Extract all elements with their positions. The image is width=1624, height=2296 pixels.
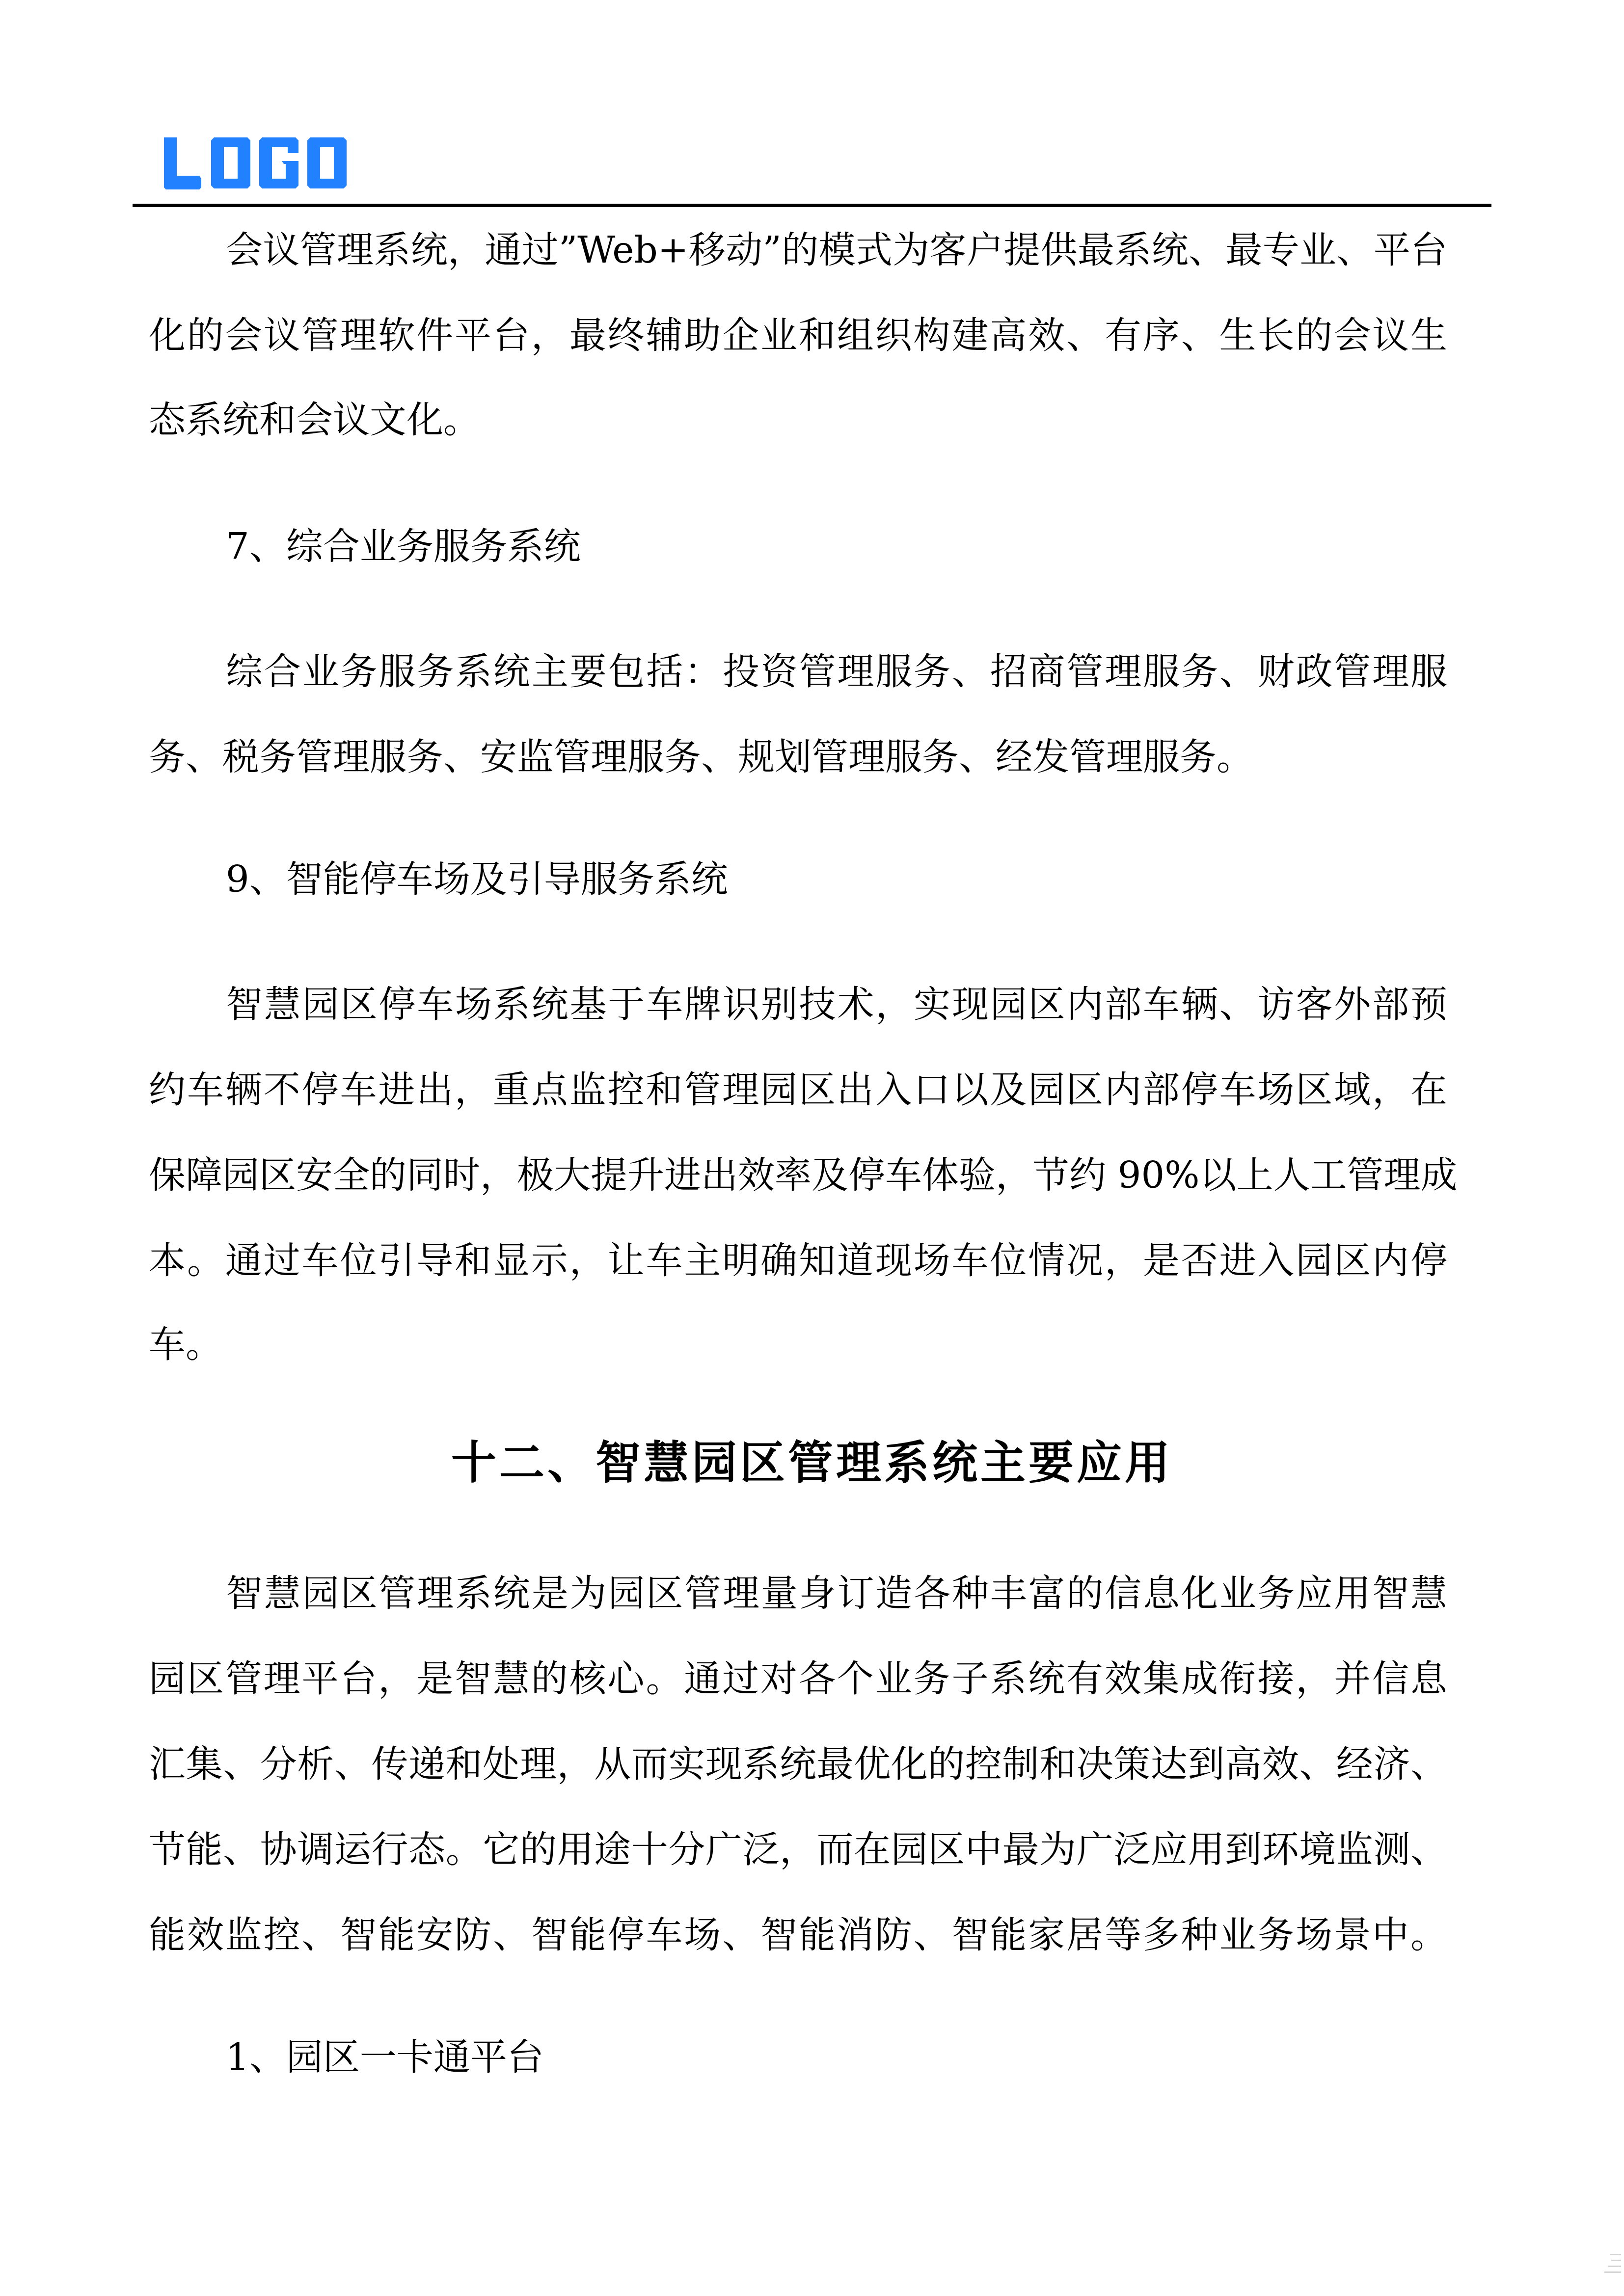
paragraph-line: 约车辆不停车进出，重点监控和管理园区出入口以及园区内部停车场区域，在: [149, 1047, 1447, 1132]
paragraph-line: 智慧园区停车场系统基于车牌识别技术，实现园区内部车辆、访客外部预: [226, 961, 1447, 1047]
logo-letter-o: [306, 136, 348, 189]
logo-letter-l: [162, 136, 203, 189]
document-lines-icon: [1601, 2253, 1621, 2277]
logo-letter-o: [210, 136, 251, 189]
section-heading: 十二、智慧园区管理系统主要应用: [0, 1426, 1624, 1499]
paragraph-line: 化的会议管理软件平台，最终辅助企业和组织构建高效、有序、生长的会议生: [149, 293, 1447, 378]
paragraph-line: 车。: [149, 1302, 1447, 1387]
paragraph-line: 保障园区安全的同时，极大提升进出效率及停车体验，节约 90%以上人工管理成: [149, 1132, 1447, 1218]
paragraph-line: 智慧园区管理系统是为园区管理量身订造各种丰富的信息化业务应用智慧: [226, 1550, 1447, 1636]
section-label-9: 9、智能停车场及引导服务系统: [226, 836, 728, 922]
paragraph-line: 节能、协调运行态。它的用途十分广泛，而在园区中最为广泛应用到环境监测、: [149, 1807, 1447, 1892]
paragraph-line: 本。通过车位引导和显示，让车主明确知道现场车位情况，是否进入园区内停: [149, 1218, 1447, 1303]
paragraph-line: 汇集、分析、传递和处理，从而实现系统最优化的控制和决策达到高效、经济、: [149, 1721, 1447, 1807]
logo: [162, 134, 348, 191]
paragraph-line: 能效监控、智能安防、智能停车场、智能消防、智能家居等多种业务场景中。: [149, 1892, 1447, 1977]
section-label-1: 1、园区一卡通平台: [226, 2014, 544, 2100]
logo-letter-g: [258, 136, 299, 189]
paragraph-line: 务、税务管理服务、安监管理服务、规划管理服务、经发管理服务。: [149, 714, 1447, 800]
paragraph-line: 园区管理平台，是智慧的核心。通过对各个业务子系统有效集成衔接，并信息: [149, 1636, 1447, 1721]
paragraph-line: 态系统和会议文化。: [149, 377, 1447, 462]
section-label-7: 7、综合业务服务系统: [226, 504, 581, 589]
paragraph-line: 综合业务服务系统主要包括：投资管理服务、招商管理服务、财政管理服: [226, 629, 1447, 714]
header-divider: [133, 204, 1491, 207]
paragraph-line: 会议管理系统，通过”Web+移动”的模式为客户提供最系统、最专业、平台: [226, 207, 1447, 293]
